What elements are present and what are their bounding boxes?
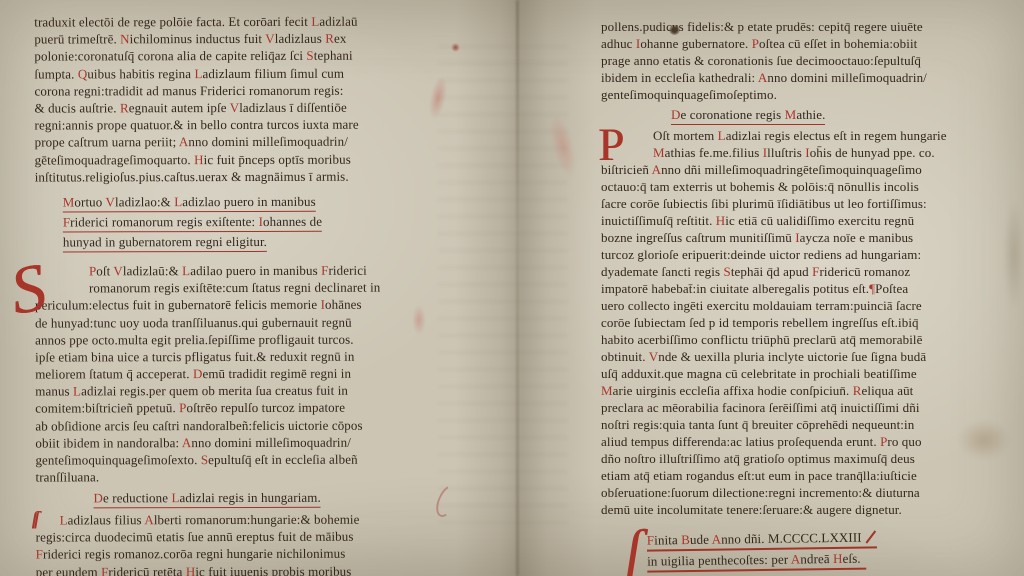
- rubricated-letter: L: [174, 194, 182, 209]
- text-line: de hunyad:tunc uoy uoda tranſſiluanus.qu…: [35, 313, 449, 331]
- rubricated-letter: I: [805, 145, 809, 160]
- text-line: noſtri regis:quia tanta ſunt q̄ breuiter…: [601, 416, 1023, 433]
- rubricated-letter: V: [105, 194, 115, 209]
- paragraph-hunyadi-lines: Poſt Vladizlaū:& Ladilao puero in manibu…: [35, 261, 450, 486]
- rubricated-letter: I: [321, 297, 325, 312]
- text-line: in uigilia penthecoſtes: per Andreā Heſs…: [647, 549, 866, 572]
- text-line: obiit ibidem in nandoralba: Anno domini …: [35, 433, 449, 451]
- rubricated-letter: D: [193, 366, 203, 381]
- rubricated-letter: H: [716, 213, 726, 228]
- text-line: regni:annis prope quatuor.& in bello con…: [35, 116, 449, 134]
- text-line: Poſt Vladizlaū:& Ladilao puero in manibu…: [35, 261, 449, 279]
- rubricated-letter: D: [94, 491, 104, 506]
- text-line: romanorum regis exiſtēte:cum ſtatus regn…: [35, 279, 449, 297]
- text-line: Ladizlaus filius Alberti romanorum:hunga…: [36, 511, 450, 529]
- text-line: Finita Bude Anno dñi. M.CCCC.LXXIII: [647, 528, 877, 551]
- rubricated-letter: P: [752, 36, 759, 51]
- text-line: comitem:biſtricieñ ppetuū. Poſtrēo repul…: [35, 399, 449, 417]
- text-line: octauo:q̄ tam exterris ut bohemis & polō…: [601, 178, 1023, 195]
- text-line: habito acerbiſſimo conflictu triūphū pre…: [601, 331, 1023, 348]
- left-page: traduxit electōi de rege polōie facta. E…: [34, 12, 449, 576]
- text-line: De coronatione regis Mathie.: [671, 106, 825, 125]
- paragraph-hunyadi: S Poſt Vladizlaū:& Ladilao puero in mani…: [35, 261, 450, 486]
- rubricated-letter: B: [681, 532, 690, 547]
- paragraph-matthias: P Oſt mortem Ladizlai regis electus eſt …: [601, 127, 1023, 518]
- paragraph-matthias-lines: Oſt mortem Ladizlai regis electus eſt in…: [601, 127, 1023, 518]
- text-line: biſtricieñ Anno dñi milleſimoquadringēte…: [601, 161, 1023, 178]
- right-page: pollens.pudicus fidelis:& p etate prudēs…: [601, 18, 1023, 571]
- paragraph-ladislaus-lines: Ladizlaus filius Alberti romanorum:hunga…: [36, 511, 450, 576]
- text-line: ſumpta. Quibus habitis regina Ladizlaum …: [34, 64, 448, 82]
- text-line: uero collecto ingēti exercitu moldauiam …: [601, 297, 1023, 314]
- rubricated-letter: L: [311, 14, 319, 29]
- rubricated-letter: L: [182, 263, 190, 278]
- text-line: hunyad in gubernatorem regni eligitur.: [63, 233, 267, 252]
- rubricated-letter: I: [636, 36, 640, 51]
- rubricated-letter: P: [179, 401, 186, 416]
- rubricated-letter: P: [89, 263, 96, 278]
- rubricated-letter: S: [724, 264, 731, 279]
- rubricated-letter: S: [306, 48, 313, 63]
- text-line: demū uite incolumitate tenere:ſeruare:& …: [601, 501, 1023, 518]
- show-through-text: [438, 45, 568, 525]
- rubricated-letter: F: [647, 532, 655, 547]
- rubricated-letter: M: [653, 145, 665, 160]
- text-line: inſtitutus.religioſus.pius.caſtus.uerax …: [35, 167, 449, 185]
- text-line: ab obſidione arcis ſeu caſtri nandoralbe…: [35, 416, 449, 434]
- text-line: etiam atq̄ etiam rogandus eſt:ut eum in …: [601, 467, 1023, 484]
- text-line: meliorem ſtatum q̄ acceperat. Demū tradi…: [35, 365, 449, 383]
- rubricated-letter: L: [171, 491, 179, 506]
- rubricated-letter: ¶: [869, 281, 875, 296]
- rubricated-letter: L: [73, 384, 81, 399]
- text-line: inuictiſſimuſq̄ reſtitit. Hic etiā cū ua…: [601, 212, 1023, 229]
- rubricated-letter: I: [259, 214, 263, 229]
- rubricated-letter: I: [763, 145, 767, 160]
- text-line: puerū trimeſtrē. Nichilominus inductus f…: [34, 30, 448, 48]
- text-line: adhuc Iohanne gubernatore. Poſtea cū eſſ…: [601, 35, 1023, 52]
- rubricated-letter: M: [601, 383, 613, 398]
- rubricated-letter: L: [194, 66, 202, 81]
- text-line: genteſimoquinquageſimoſexto. Sepultuſq̄ …: [35, 450, 449, 468]
- paragraph-mark-icon: ſſ: [32, 509, 37, 531]
- rubricated-letter: D: [671, 107, 681, 122]
- rubricated-letter: F: [101, 564, 108, 576]
- section-heading-reductione: De reductione Ladizlai regis in hungaria…: [94, 489, 450, 509]
- text-line: traduxit electōi de rege polōie facta. E…: [34, 12, 448, 30]
- text-line: regis:circa duodecimū etatis ſue annū er…: [36, 528, 450, 546]
- text-line: gēteſimoquadrageſimoquarto. Hic fuit p̄n…: [35, 150, 449, 168]
- text-line: Oſt mortem Ladizlai regis electus eſt in…: [601, 127, 1023, 144]
- rubricated-letter: A: [182, 435, 192, 450]
- section-heading-coronatione: De coronatione regis Mathie.: [671, 106, 1023, 125]
- text-line: prage anno etatis & coronationis ſue dec…: [601, 52, 1023, 69]
- rubricated-letter: R: [853, 383, 862, 398]
- text-line: annos ppe octo.multa egit prelia.ſepiſſi…: [35, 330, 449, 348]
- paragraph-vladislaus: traduxit electōi de rege polōie facta. E…: [34, 12, 448, 185]
- text-line: manus Ladizlai regis.per quem ob merita …: [35, 382, 449, 400]
- text-line: & ducis auſtrie. Regnauit autem ipſe Vla…: [34, 98, 448, 116]
- text-line: impatorē habebat̄:in ciuitate alberegali…: [601, 280, 1023, 297]
- rubricated-letter: N: [120, 31, 130, 46]
- text-line: De reductione Ladizlai regis in hungaria…: [94, 489, 321, 508]
- text-line: aliud tempus differenda:ac latius proſeq…: [601, 433, 1023, 450]
- text-line: ipſe etiam bina uice a turcis pfligatus …: [35, 347, 449, 365]
- text-line: bozne ingreſſus caſtrum munitiſſimū Iayc…: [601, 229, 1023, 246]
- rubricated-letter: R: [325, 31, 334, 46]
- text-line: corona regni:tradidit ad manus Friderici…: [34, 81, 448, 99]
- text-line: obtinuit. Vnde & uexilla pluria inclyte …: [601, 348, 1023, 365]
- text-line: uſq̄ adduxit.que magna cū celebritate in…: [601, 365, 1023, 382]
- rubricated-letter: A: [712, 531, 722, 546]
- rubricated-letter: I: [795, 230, 799, 245]
- rubricated-letter: H: [194, 152, 204, 167]
- faded-red-gutter-mark: [544, 110, 582, 181]
- text-line: obſeruatione:ſuorum dilectione:regni inc…: [601, 484, 1023, 501]
- rubricated-letter: H: [186, 564, 196, 576]
- text-line: Mortuo Vladizlao:& Ladizlao puero in man…: [63, 193, 316, 212]
- binding-crease: [516, 0, 519, 576]
- rubricated-letter: M: [785, 107, 797, 122]
- colophon-flourish-icon: ſ: [625, 521, 642, 576]
- text-line: prope caſtrum uarna periit; Anno domini …: [35, 133, 449, 151]
- rubricated-letter: V: [230, 100, 240, 115]
- rubricated-letter: S: [201, 452, 208, 467]
- rubricated-letter: P: [880, 434, 887, 449]
- rubricated-letter: R: [120, 100, 129, 115]
- text-line: dyademate ſancti regis Stephāi q̄d apud …: [601, 263, 1023, 280]
- text-line: pollens.pudicus fidelis:& p etate prudēs…: [601, 18, 1023, 35]
- rubricated-letter: F: [63, 215, 70, 230]
- red-dot-stain: [451, 43, 460, 52]
- section-heading-gubernator: Mortuo Vladizlao:& Ladizlao puero in man…: [63, 192, 449, 252]
- text-line: preclara ac mēorabilia facinora ſerēiſſi…: [601, 399, 1023, 416]
- text-line: ſacre corōe ſubiectis ſibi plurimū īſidi…: [601, 195, 1023, 212]
- text-line: tranſſiluana.: [35, 468, 449, 486]
- rubricated-letter: M: [63, 194, 75, 209]
- rubricated-letter: A: [144, 512, 154, 527]
- text-line: periculum:electus fuit in gubernatorē fe…: [35, 296, 449, 314]
- text-line: dño noſtro illuſtriſſimo atq̄ gratioſo o…: [601, 450, 1023, 467]
- colophon-lines: Finita Bude Anno dñi. M.CCCC.LXXIIIin ui…: [647, 526, 1024, 572]
- rubricated-letter: A: [758, 70, 768, 85]
- text-line: turcoz glorioſe eripuerit:deinde uictor …: [601, 246, 1023, 263]
- colophon: ſ Finita Bude Anno dñi. M.CCCC.LXXIIIin …: [647, 526, 1024, 572]
- rubricated-letter: F: [36, 547, 43, 562]
- text-line: Friderici regis romanoz.corōa regni hung…: [36, 545, 450, 563]
- text-line: corōe ſubiectam ſed p id temporis rebell…: [601, 314, 1023, 331]
- rubricated-letter: V: [265, 31, 275, 46]
- text-line: genteſimoquinquageſimoſeptimo.: [601, 86, 1023, 103]
- book-spread: traduxit electōi de rege polōie facta. E…: [0, 0, 1024, 576]
- text-line: ibidem in eccleſia kathedrali: Anno domi…: [601, 69, 1023, 86]
- rubricated-letter: A: [179, 134, 189, 149]
- rubricated-letter: L: [60, 513, 68, 528]
- text-line: Mathias fe.me.filius Illuſtris Ioh̄is de…: [601, 144, 1023, 161]
- gutter-shadow: [455, 0, 595, 576]
- text-line: per eundem Fridericū retēta Hic fuit iuu…: [36, 562, 450, 576]
- rubricated-letter: H: [833, 550, 843, 565]
- rubricated-letter: A: [652, 162, 662, 177]
- rubricated-letter: L: [718, 128, 726, 143]
- text-line: Marie uirginis eccleſia affixa hodie con…: [601, 382, 1023, 399]
- paragraph-ladislaus: ſſ Ladizlaus filius Alberti romanorum:hu…: [36, 511, 450, 576]
- drop-cap-initial: P: [598, 122, 624, 169]
- text-line: Friderici romanorum regis exiſtente: Ioh…: [63, 213, 322, 232]
- paragraph-ladislaus-continued: pollens.pudicus fidelis:& p etate prudēs…: [601, 18, 1023, 103]
- rubricated-letter: Q: [78, 66, 88, 81]
- rubricated-letter: F: [812, 264, 819, 279]
- rubricated-letter: F: [321, 263, 328, 278]
- rubricated-letter: V: [649, 349, 659, 364]
- rubricated-letter: V: [113, 263, 123, 278]
- text-line: polonie:coronatuſq̄ corona alia de capit…: [34, 47, 448, 65]
- rubricated-letter: A: [791, 551, 801, 566]
